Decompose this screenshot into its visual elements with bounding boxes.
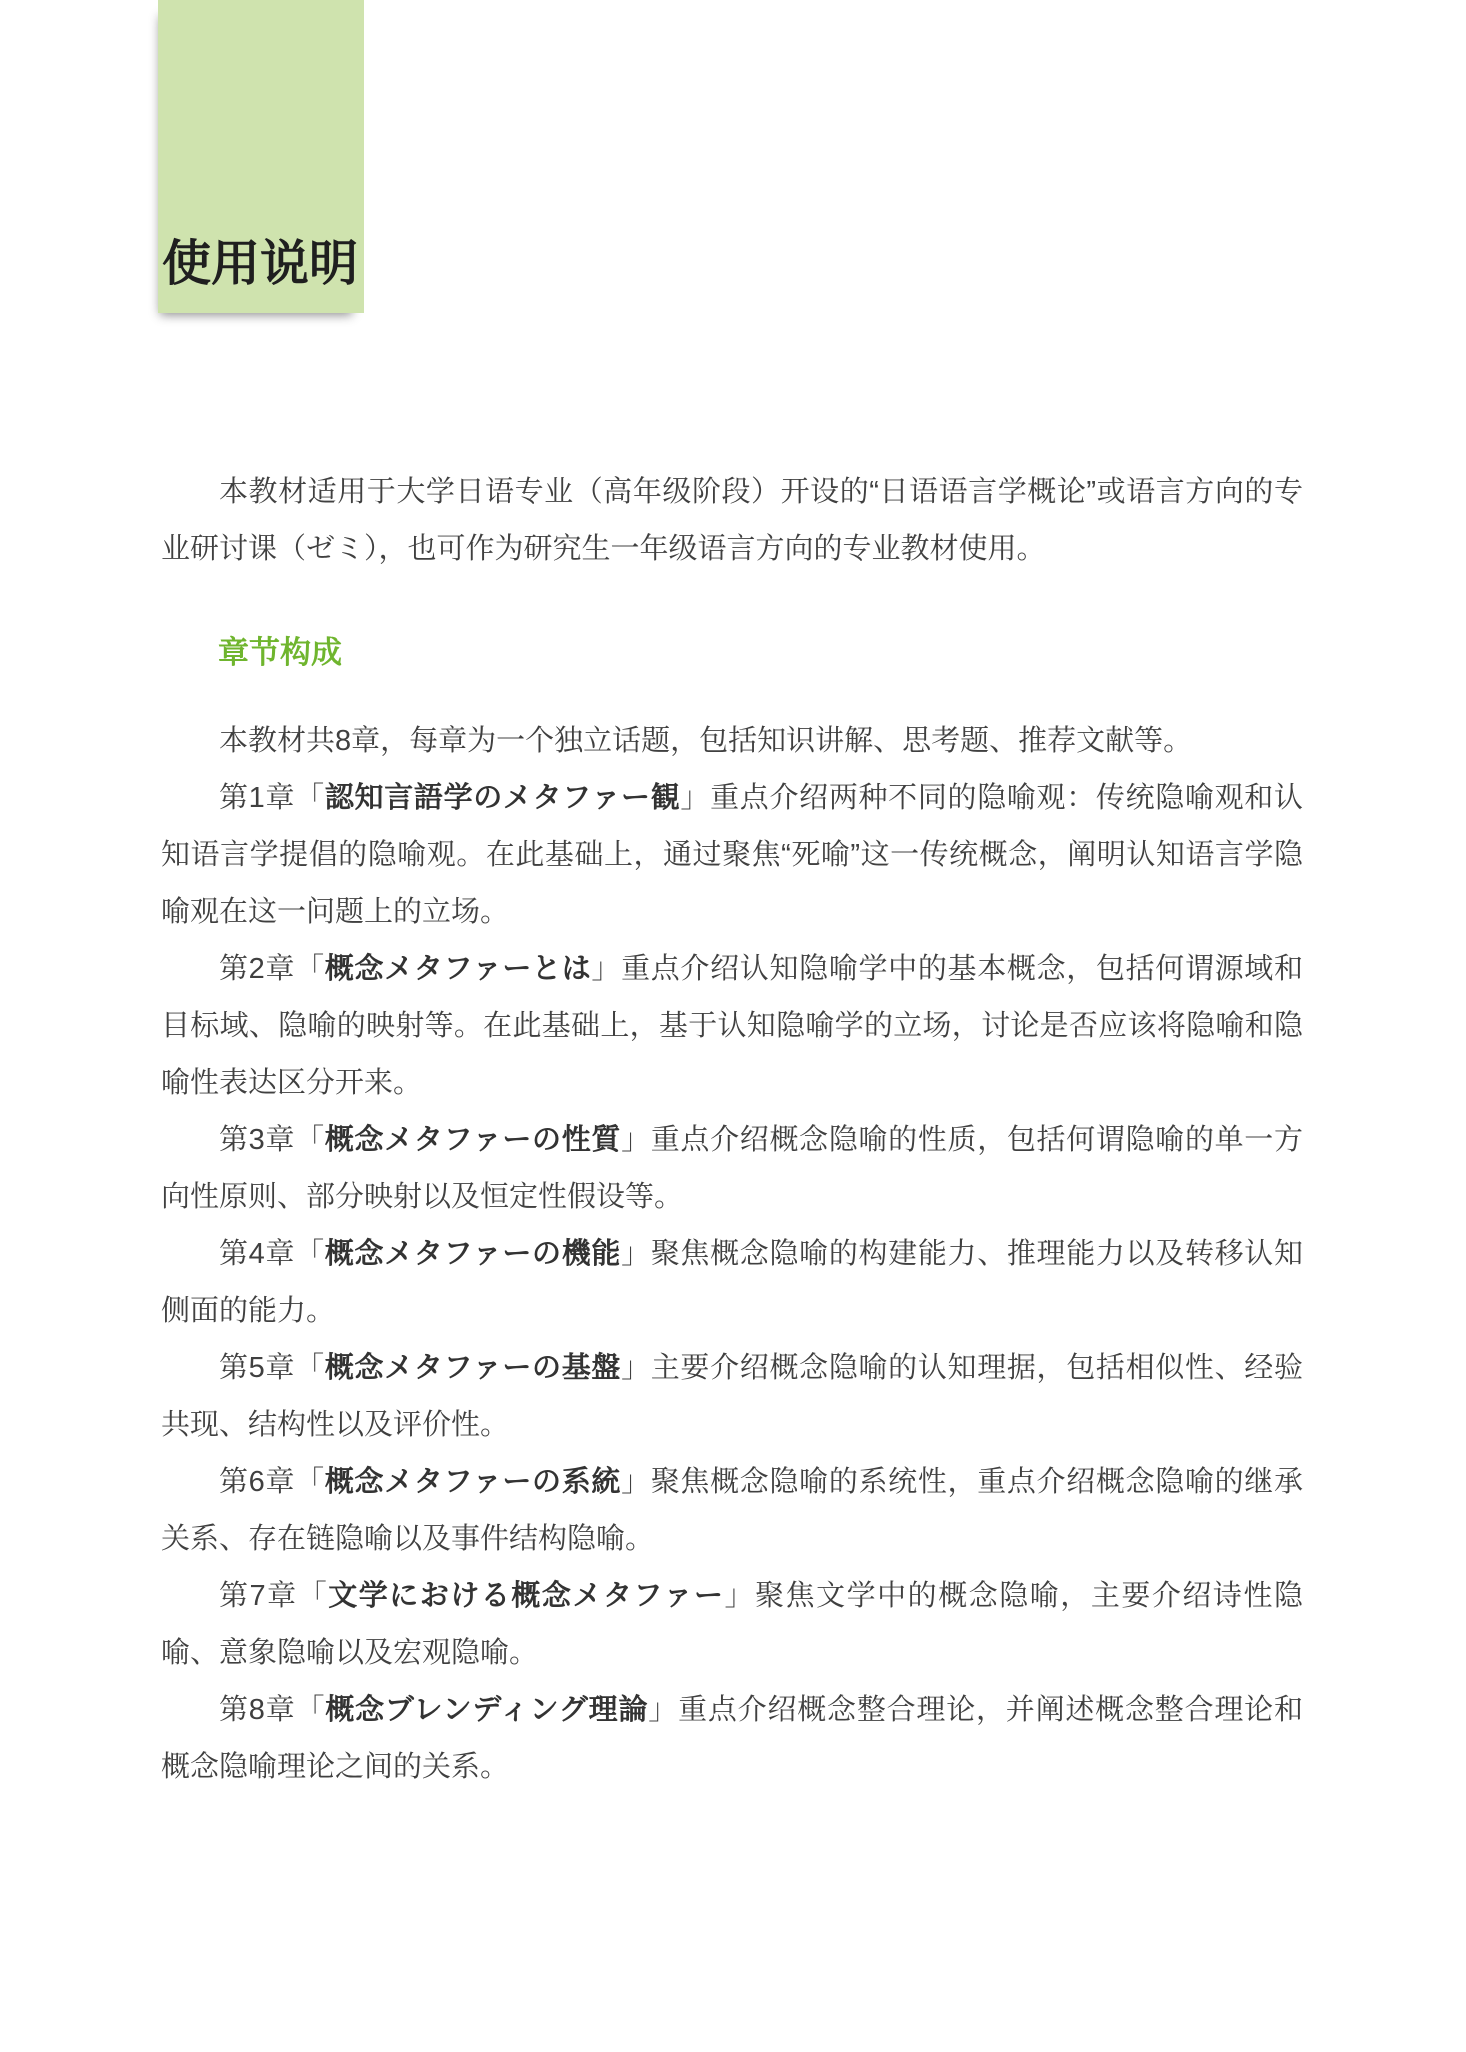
chapter-paragraph: 第5章「概念メタファーの基盤」主要介绍概念隐喻的认知理据，包括相似性、经验共现、… [161, 1340, 1303, 1454]
chapter-title-jp: 概念メタファーの性質 [325, 1124, 621, 1156]
chapter-prefix: 第5章 [219, 1352, 295, 1384]
bracket-open: 「 [295, 1124, 325, 1156]
bracket-close: 」 [621, 1124, 651, 1156]
chapter-title-jp: 概念ブレンディング理論 [325, 1694, 648, 1726]
bracket-close: 」 [621, 1238, 651, 1270]
chapter-prefix: 第4章 [219, 1238, 295, 1270]
chapter-title-jp: 文学における概念メタファー [328, 1580, 724, 1612]
chapter-paragraph: 第6章「概念メタファーの系統」聚焦概念隐喻的系统性，重点介绍概念隐喻的继承关系、… [161, 1454, 1303, 1568]
body-text: 本教材适用于大学日语专业（高年级阶段）开设的“日语语言学概论”或语言方向的专业研… [161, 464, 1303, 1796]
bracket-open: 「 [298, 1580, 329, 1612]
chapter-title-jp: 概念メタファーの機能 [325, 1238, 621, 1270]
bracket-open: 「 [295, 1238, 325, 1270]
chapter-paragraph: 第7章「文学における概念メタファー」聚焦文学中的概念隐喻，主要介绍诗性隐喻、意象… [161, 1568, 1303, 1682]
bracket-open: 「 [295, 782, 325, 814]
bracket-close: 」 [621, 1352, 651, 1384]
overview-paragraph: 本教材共8章，每章为一个独立话题，包括知识讲解、思考题、推荐文献等。 [161, 713, 1303, 770]
section-heading: 章节构成 [218, 637, 1303, 668]
header-block: 使用说明 [158, 0, 364, 313]
chapter-prefix: 第7章 [219, 1580, 298, 1612]
chapter-title-jp: 概念メタファーとは [325, 953, 592, 985]
document-page: 使用说明 本教材适用于大学日语专业（高年级阶段）开设的“日语语言学概论”或语言方… [0, 0, 1466, 2052]
chapter-title-jp: 概念メタファーの基盤 [325, 1352, 621, 1384]
chapter-title-jp: 概念メタファーの系統 [325, 1466, 621, 1498]
bracket-open: 「 [295, 1352, 325, 1384]
chapter-prefix: 第2章 [219, 953, 295, 985]
chapter-paragraph: 第2章「概念メタファーとは」重点介绍认知隐喻学中的基本概念，包括何谓源域和目标域… [161, 941, 1303, 1112]
chapter-paragraph: 第4章「概念メタファーの機能」聚焦概念隐喻的构建能力、推理能力以及转移认知侧面的… [161, 1226, 1303, 1340]
bracket-close: 」 [621, 1466, 651, 1498]
bracket-close: 」 [591, 953, 621, 985]
bracket-open: 「 [295, 953, 325, 985]
chapter-title-jp: 認知言語学のメタファー観 [325, 782, 681, 814]
chapter-prefix: 第6章 [219, 1466, 295, 1498]
bracket-close: 」 [725, 1580, 756, 1612]
chapter-paragraph: 第8章「概念ブレンディング理論」重点介绍概念整合理论，并阐述概念整合理论和概念隐… [161, 1682, 1303, 1796]
page-title: 使用说明 [162, 225, 358, 295]
intro-paragraph: 本教材适用于大学日语专业（高年级阶段）开设的“日语语言学概论”或语言方向的专业研… [161, 464, 1303, 578]
chapter-paragraph: 第1章「認知言語学のメタファー観」重点介绍两种不同的隐喻观：传统隐喻观和认知语言… [161, 770, 1303, 941]
bracket-open: 「 [296, 1694, 326, 1726]
chapter-prefix: 第3章 [219, 1124, 295, 1156]
chapter-prefix: 第1章 [219, 782, 295, 814]
bracket-close: 」 [680, 782, 710, 814]
bracket-open: 「 [295, 1466, 325, 1498]
chapter-list: 第1章「認知言語学のメタファー観」重点介绍两种不同的隐喻观：传统隐喻观和认知语言… [161, 770, 1303, 1796]
chapter-prefix: 第8章 [219, 1694, 296, 1726]
chapter-paragraph: 第3章「概念メタファーの性質」重点介绍概念隐喻的性质，包括何谓隐喻的单一方向性原… [161, 1112, 1303, 1226]
bracket-close: 」 [648, 1694, 678, 1726]
